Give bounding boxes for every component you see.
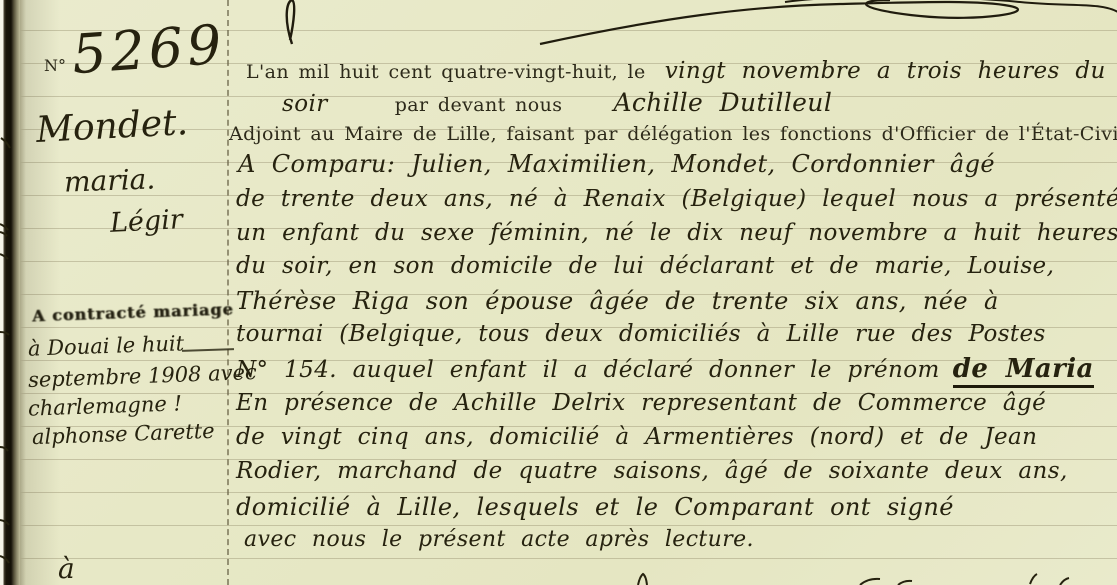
act-line-14: domicilié à Lille, lesquels et le Compar…	[236, 493, 954, 521]
act-line-2: soir par devant nous Achille Dutilleul	[282, 88, 832, 117]
handwritten-text: vingt novembre a trois heures du	[665, 58, 1106, 84]
margin-note-legir: Légir	[109, 204, 183, 239]
margin-given-name: maria.	[63, 162, 155, 198]
act-line-1: L'an mil huit cent quatre-vingt-huit, le…	[246, 58, 1106, 84]
act-line-13: Rodier, marchand de quatre saisons, âgé …	[236, 458, 1068, 484]
handwritten-text: N° 154. auquel enfant il a déclaré donne…	[236, 357, 940, 383]
printed-text: par devant nous	[395, 94, 563, 116]
act-line-11: En présence de Achille Delrix representa…	[236, 390, 1046, 416]
printed-text: Adjoint au Maire de Lille, faisant par d…	[229, 123, 1117, 145]
handwritten-text: soir	[282, 91, 328, 117]
margin-separator-line	[227, 0, 229, 585]
handwritten-officiant-name: Achille Dutilleul	[613, 88, 832, 117]
book-binding-edge	[0, 0, 26, 585]
act-line-15: avec nous le présent acte après lecture.	[244, 527, 754, 552]
act-number-label: N°	[44, 56, 66, 75]
act-line-9: tournai (Belgique, tous deux domiciliés …	[236, 321, 1046, 347]
child-given-name: de Maria	[953, 354, 1094, 388]
margin-bottom-fragment: à	[58, 552, 75, 585]
act-line-5: de trente deux ans, né à Renaix (Belgiqu…	[236, 186, 1117, 212]
margin-surname: Mondet.	[35, 102, 189, 151]
act-line-8: Thérèse Riga son épouse âgée de trente s…	[236, 287, 999, 315]
act-line-7: du soir, en son domicile de lui déclaran…	[236, 253, 1054, 279]
act-line-6: un enfant du sexe féminin, né le dix neu…	[236, 220, 1117, 246]
act-line-10: N° 154. auquel enfant il a déclaré donne…	[236, 354, 1094, 384]
act-line-4: A Comparu: Julien, Maximilien, Mondet, C…	[238, 150, 995, 178]
act-line-3: Adjoint au Maire de Lille, faisant par d…	[229, 123, 1117, 145]
act-number: 5269	[70, 13, 227, 87]
registry-page: { "margin": { "number_label": "N°", "act…	[0, 0, 1117, 585]
printed-text: L'an mil huit cent quatre-vingt-huit, le	[246, 61, 646, 83]
act-line-12: de vingt cinq ans, domicilié à Armentièr…	[236, 424, 1037, 450]
